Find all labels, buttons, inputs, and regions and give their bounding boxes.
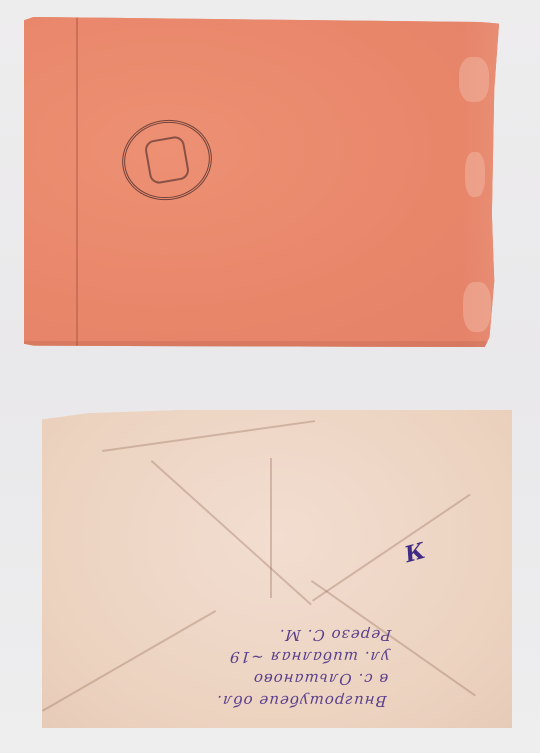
postmark-stamp	[116, 113, 219, 207]
address-line: Внигрошубеие обл.	[156, 690, 388, 712]
handwritten-address: Внигрошубеие обл. в с. Ольшаново ул. шиб…	[156, 592, 394, 712]
address-line: ул. шибалная ~19	[159, 646, 391, 668]
envelope-fold-line	[76, 17, 78, 347]
postmark-date-box	[143, 135, 190, 185]
flap-crease	[271, 458, 273, 598]
paper-tear	[465, 152, 485, 197]
paper-tear	[463, 282, 491, 332]
flap-crease	[312, 494, 470, 601]
flap-crease	[102, 420, 315, 451]
paper-tear	[459, 57, 489, 102]
orange-envelope	[24, 17, 499, 347]
address-line: в с. Ольшаново	[157, 668, 389, 690]
address-line: Ререзо С. М.	[160, 624, 392, 646]
flap-crease	[151, 460, 312, 605]
